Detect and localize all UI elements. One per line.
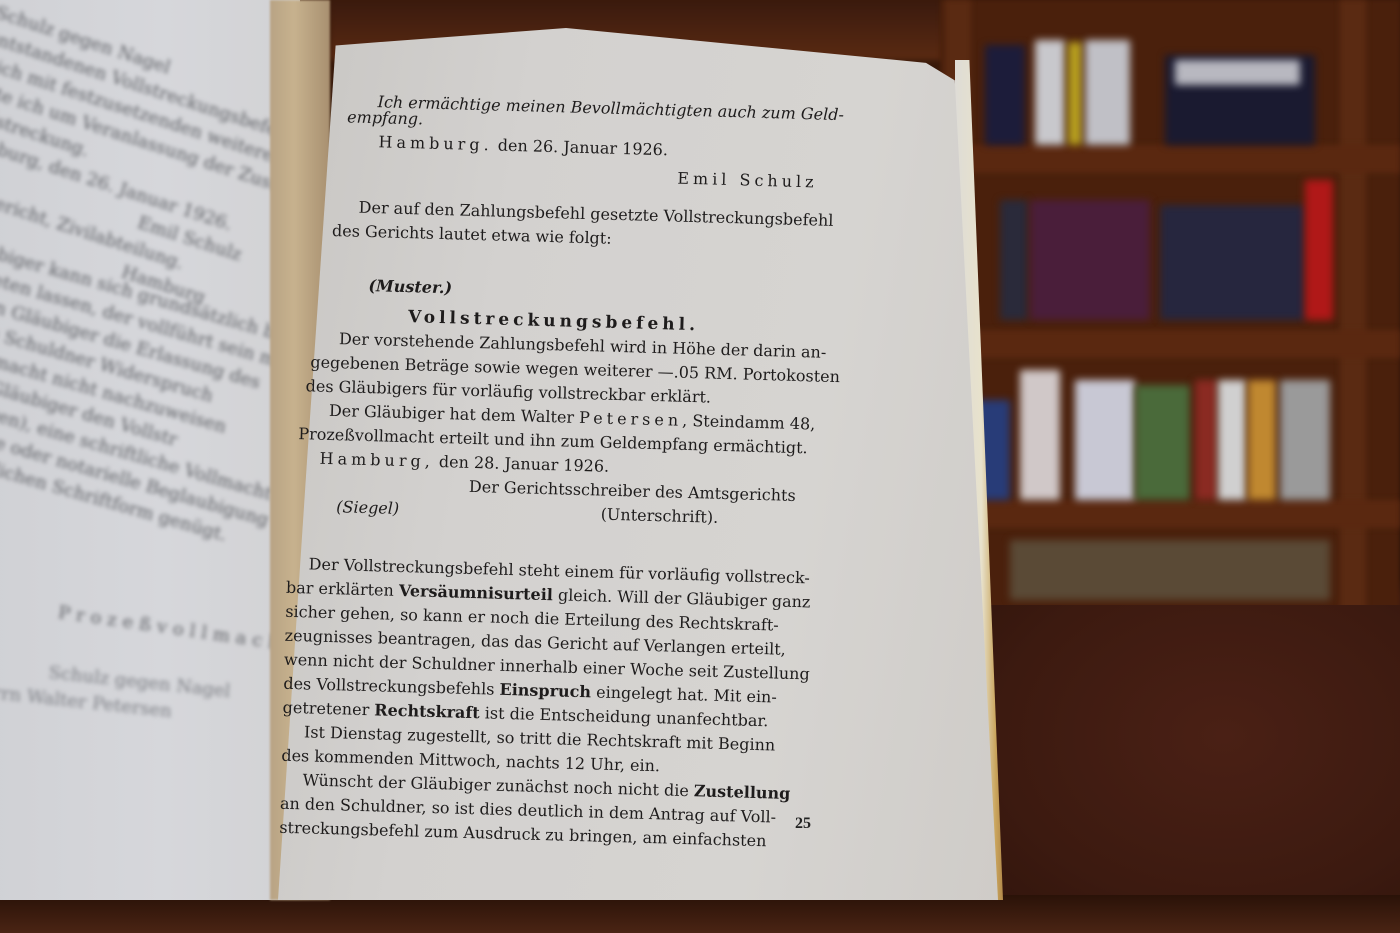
left-line: Prozeßvollmacht: [56, 600, 300, 670]
name: Petersen: [579, 408, 683, 430]
left-page-footer: Schulz gegen Nagel Herrn Walter Petersen: [45, 660, 300, 745]
book-spine: [1075, 380, 1135, 500]
seal: (Siegel): [336, 495, 400, 521]
book-spine: [1068, 42, 1082, 145]
book-spine: [1035, 40, 1065, 145]
book-spine: [1195, 380, 1217, 500]
place: Hamburg.: [378, 132, 493, 154]
table-edge: [0, 895, 1400, 933]
date: den 26. Januar 1926.: [498, 136, 669, 160]
book-spine: [1218, 380, 1246, 500]
book-spine: [1280, 380, 1330, 500]
signature: (Unterschrift).: [600, 503, 718, 530]
text: getretener: [282, 698, 369, 719]
bold-term: Zustellung: [694, 781, 791, 803]
book-spine: [1160, 205, 1305, 320]
book-spine: [1020, 370, 1060, 500]
text: , Steindamm 48,: [682, 411, 816, 434]
place: Hamburg,: [319, 449, 434, 471]
bold-term: Einspruch: [499, 680, 591, 702]
date: den 28. Januar 1926.: [439, 452, 610, 476]
book-spine: [1248, 380, 1276, 500]
shelf-board: [940, 500, 1400, 528]
book-row: [1010, 540, 1330, 600]
bold-term: Versäumnisurteil: [399, 581, 553, 604]
text: bar erklärten: [286, 578, 394, 600]
text: des Vollstreckungsbefehls: [283, 674, 495, 699]
table-surface: [960, 605, 1400, 933]
book-spine: [1000, 200, 1028, 320]
left-page: Schulz gegen Nagel entstandenen Vollstre…: [0, 0, 300, 900]
book-spine: [1135, 385, 1190, 500]
text: Der Gläubiger hat dem Walter: [329, 401, 575, 427]
book-spine: [1085, 40, 1130, 145]
book-spine: [1030, 200, 1150, 320]
page-number: 25: [795, 815, 811, 833]
book-spine: [1175, 60, 1300, 85]
right-page-text: Ich ermächtige meinen Bevollmächtigten a…: [279, 88, 820, 854]
shelf-board: [940, 145, 1400, 173]
shelf-board: [940, 330, 1400, 358]
left-page-heading: Prozeßvollmacht: [56, 600, 300, 670]
bold-term: Rechtskraft: [374, 700, 480, 722]
text: eingelegt hat. Mit ein-: [596, 683, 777, 707]
book-spine: [1305, 180, 1333, 320]
book-spine: [985, 45, 1025, 145]
